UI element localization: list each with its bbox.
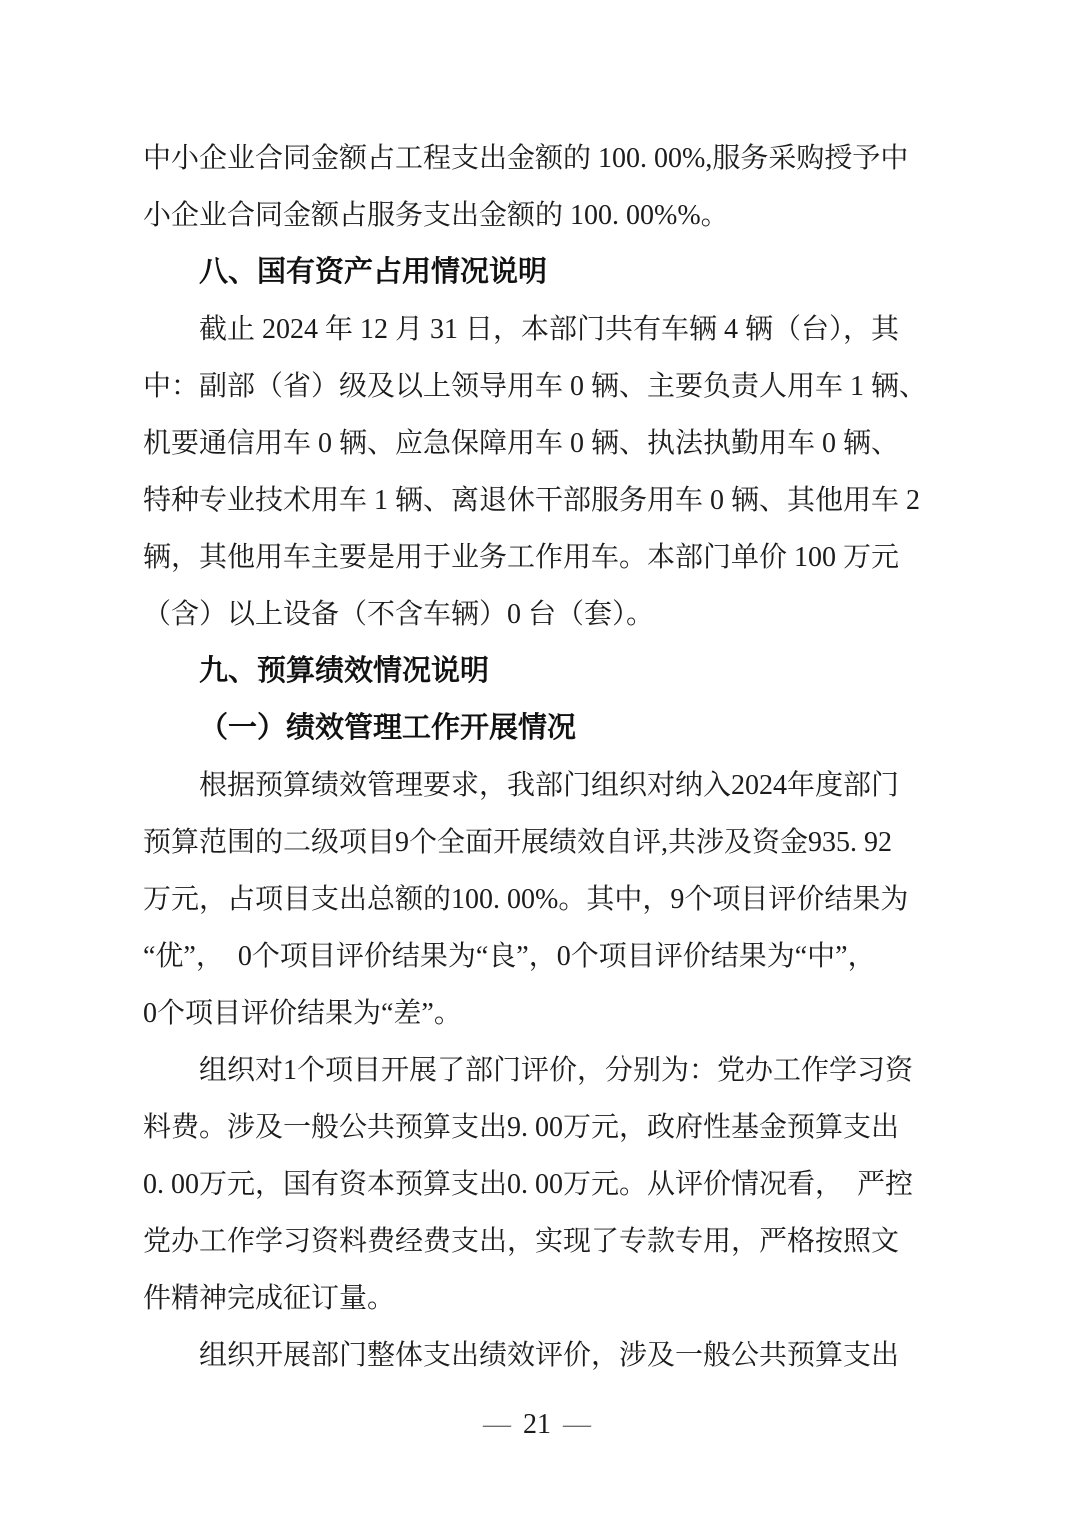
document-page: 中小企业合同金额占工程支出金额的 100. 00%,服务采购授予中 小企业合同金… (0, 0, 1074, 1520)
para-department-evaluation: 组织对1个项目开展了部门评价，分别为：党办工作学习资 料费。涉及一般公共预算支出… (143, 1042, 933, 1327)
footer-dash-left: — (471, 1409, 523, 1440)
para-overall-expenditure-evaluation: 组织开展部门整体支出绩效评价，涉及一般公共预算支出 (143, 1327, 933, 1384)
para-performance-self-evaluation: 根据预算绩效管理要求，我部门组织对纳入2024年度部门 预算范围的二级项目9个全… (143, 757, 933, 1042)
page-body: 中小企业合同金额占工程支出金额的 100. 00%,服务采购授予中 小企业合同金… (143, 130, 933, 1384)
section-heading-9-budget-performance: 九、预算绩效情况说明 (143, 643, 933, 700)
page-number: 21 (523, 1409, 551, 1440)
para-state-assets-usage: 截止 2024 年 12 月 31 日，本部门共有车辆 4 辆（台），其 中：副… (143, 301, 933, 643)
page-footer: —21— (0, 1405, 1074, 1445)
footer-dash-right: — (551, 1409, 603, 1440)
para-smb-contract-continuation: 中小企业合同金额占工程支出金额的 100. 00%,服务采购授予中 小企业合同金… (143, 130, 933, 244)
subsection-heading-9-1-performance-management: （一）绩效管理工作开展情况 (143, 700, 933, 757)
section-heading-8-state-assets: 八、国有资产占用情况说明 (143, 244, 933, 301)
